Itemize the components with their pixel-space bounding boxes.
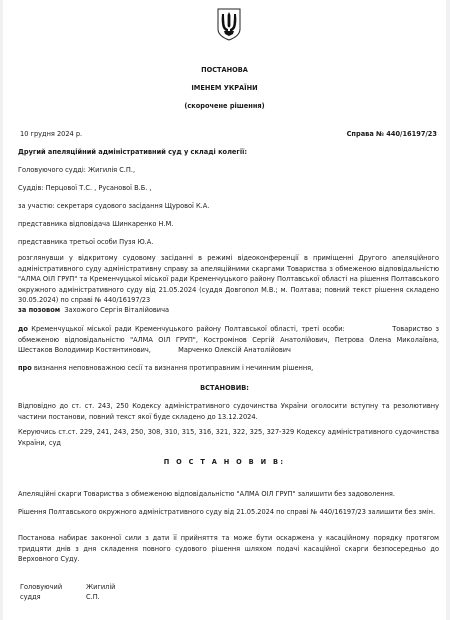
third-party-representative: представника третьої особи Пузя Ю.А.: [18, 237, 153, 248]
document-page: ПОСТАНОВА ІМЕНЕМ УКРАЇНИ (скорочене ріше…: [3, 0, 446, 620]
signature-role-line-1: Головуючий: [20, 582, 62, 593]
signature-role-line-2: суддя: [20, 592, 41, 603]
against-paragraph: до Кременчуцької міської ради Кременчуць…: [18, 324, 439, 356]
case-number: Справа № 440/16197/23: [347, 129, 437, 140]
resolved-heading: П О С Т А Н О В И В:: [3, 457, 446, 468]
subject-label: про: [18, 364, 32, 372]
document-subtitle: ІМЕНЕМ УКРАЇНИ: [3, 83, 446, 94]
panel-judges: Суддів: Перцової Т.С. , Русанової В.Б. ,: [18, 183, 152, 194]
established-heading: ВСТАНОВИВ:: [3, 383, 446, 394]
resolved-paragraph-1: Апеляційні скарги Товариства з обмеженою…: [18, 489, 439, 500]
against-label: до: [18, 325, 28, 333]
ukraine-coat-of-arms-icon: [216, 7, 242, 41]
resolved-paragraph-3: Постанова набирає законної сили з дати ї…: [18, 533, 439, 565]
presiding-judge: Головуючого судді: Жигилія С.П.,: [18, 165, 135, 176]
claim-label: за позовом: [18, 306, 60, 314]
document-title: ПОСТАНОВА: [3, 65, 446, 76]
established-paragraph-1: Відповідно до ст. ст. 243, 250 Кодексу а…: [18, 401, 439, 422]
subject-text: визнання неповноважною сесії та визнання…: [34, 364, 313, 372]
court-secretary: за участю: секретаря судового засідання …: [18, 201, 209, 212]
signature-name-line-2: С.П.: [86, 592, 100, 603]
decision-date: 10 грудня 2024 р.: [20, 129, 82, 140]
decision-type: (скорочене рішення): [3, 101, 446, 112]
defendant-representative: представника відповідача Шинкаренко Н.М.: [18, 219, 173, 230]
resolved-paragraph-2: Рішення Полтавського окружного адміністр…: [18, 507, 439, 518]
consideration-paragraph: розглянувши у відкритому судовому засіда…: [18, 253, 439, 306]
court-composition-title: Другий апеляційний адміністративний суд …: [18, 147, 247, 158]
claim-line: за позовом Захожого Сергія Віталійовича: [18, 305, 169, 316]
signature-name-line-1: Жигилій: [86, 582, 115, 593]
claimant-name: Захожого Сергія Віталійовича: [64, 306, 169, 314]
against-text: Кременчуцької міської ради Кременчуцьког…: [18, 325, 441, 354]
subject-line: про визнання неповноважною сесії та визн…: [18, 363, 313, 374]
established-paragraph-2: Керуючись ст.ст. 229, 241, 243, 250, 308…: [18, 427, 439, 448]
